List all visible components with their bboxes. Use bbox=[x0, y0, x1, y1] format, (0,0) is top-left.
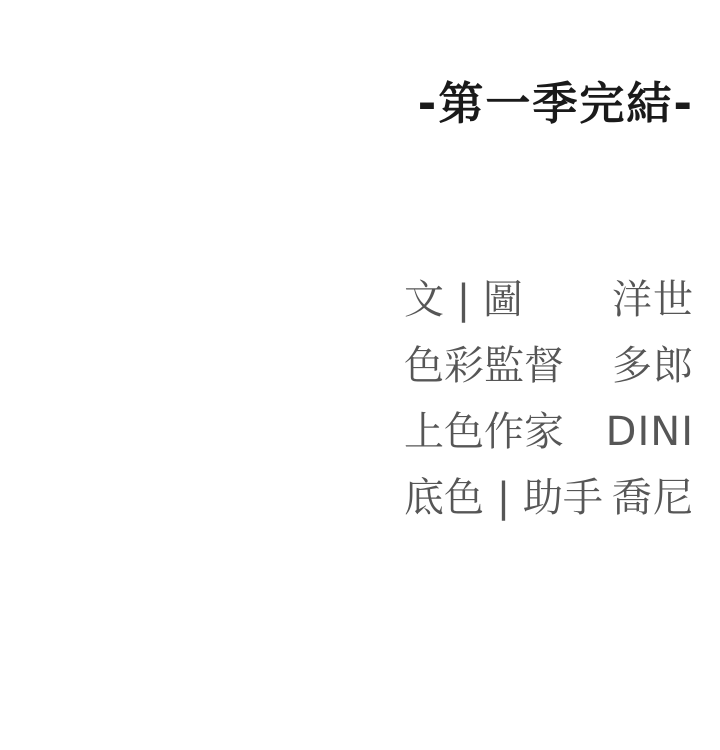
credit-name-colorist: DINI bbox=[606, 412, 694, 452]
credit-role-base-color-assistant: 底色 | 助手 bbox=[404, 478, 603, 518]
credit-role-color-supervisor: 色彩監督 bbox=[404, 346, 564, 386]
credit-name-color-supervisor: 多郎 bbox=[612, 346, 694, 386]
credit-row-base-color-assistant: 底色 | 助手 喬尼 bbox=[404, 478, 694, 518]
credits-list: 文 | 圖 洋世 色彩監督 多郎 上色作家 DINI 底色 | 助手 喬尼 bbox=[404, 280, 694, 518]
credit-name-writer-artist: 洋世 bbox=[612, 280, 694, 320]
season-end-title: -第一季完結- bbox=[418, 80, 694, 128]
credit-row-color-supervisor: 色彩監督 多郎 bbox=[404, 346, 694, 386]
credit-role-colorist: 上色作家 bbox=[404, 412, 564, 452]
credits-page: -第一季完結- 文 | 圖 洋世 色彩監督 多郎 上色作家 DINI 底色 | … bbox=[0, 0, 720, 750]
credit-name-base-color-assistant: 喬尼 bbox=[612, 478, 694, 518]
credit-row-colorist: 上色作家 DINI bbox=[404, 412, 694, 452]
credit-row-writer-artist: 文 | 圖 洋世 bbox=[404, 280, 694, 320]
credit-role-writer-artist: 文 | 圖 bbox=[404, 280, 523, 320]
